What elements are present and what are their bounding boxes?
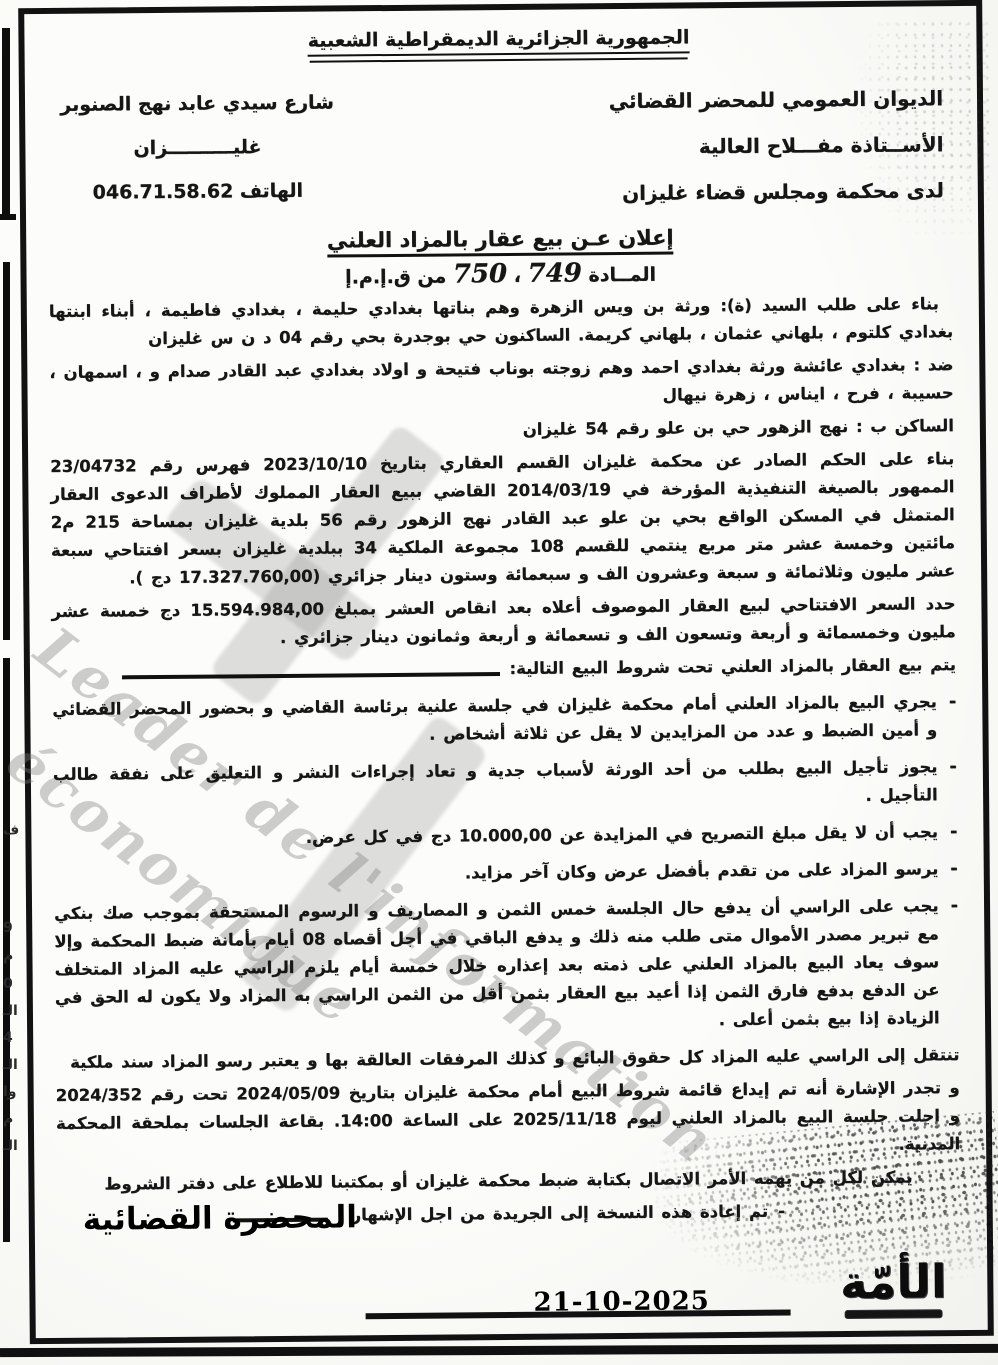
auction-condition-3: - يجب أن لا يقل مبلغ التصريح في المزايدة… bbox=[53, 818, 957, 854]
auction-condition-4: - يرسو المزاد على من تقدم بأفضل عرض وكان… bbox=[54, 855, 958, 891]
office-title: الديوان العمومي للمحضر القضائي bbox=[347, 75, 943, 126]
margin-fragment: وا bbox=[3, 1084, 17, 1100]
newspaper-logo: الأمّة bbox=[793, 1254, 994, 1319]
margin-fragment: 4 bbox=[3, 1030, 13, 1046]
margin-fragment: الـ bbox=[3, 1057, 18, 1073]
condition-dash: - bbox=[950, 818, 958, 846]
margin-fragment: الـ bbox=[3, 1003, 18, 1019]
opening-price-paragraph: حدد السعر الافتتاحي لبيع العقار الموصوف … bbox=[51, 590, 955, 654]
announcement-frame: Leader de l'information économique الجمه… bbox=[18, 0, 994, 1344]
sale-terms-intro-row: يتم بيع العقار بالمزاد العلني تحت شروط ا… bbox=[52, 651, 956, 687]
republic-heading-text: الجمهورية الجزائرية الديمقراطية الشعبية bbox=[308, 26, 690, 56]
condition-dash: - bbox=[949, 753, 957, 809]
condition-text: يجوز تأجيل البيع بطلب من أحد الورثة لأسب… bbox=[53, 753, 938, 817]
newspaper-logo-tagline-band bbox=[846, 1310, 942, 1318]
bailiff-name: الأســتاذة مفـــلاح العالية bbox=[347, 121, 943, 172]
margin-fragment: م bbox=[3, 948, 13, 964]
letterhead: الديوان العمومي للمحضر القضائي الأســتاذ… bbox=[47, 75, 952, 221]
deposit-and-session-paragraph: و تجدر الإشارة أنه تم إيداع قائمة شروط ا… bbox=[56, 1074, 961, 1166]
margin-fragment: 0 bbox=[3, 976, 13, 992]
transfer-of-rights-paragraph: تنتقل إلى الراسي عليه المزاد كل حقوق الب… bbox=[55, 1041, 959, 1077]
article-number-2: 750 bbox=[453, 259, 508, 289]
court-jurisdiction: لدى محكمة ومجلس قضاء غليزان bbox=[348, 167, 944, 218]
article-number-1: 749 bbox=[527, 258, 582, 288]
condition-text: يجب أن لا يقل مبلغ التصريح في المزايدة ع… bbox=[53, 818, 938, 854]
defendants-address-paragraph: الساكن ب : نهج الزهور حي بن علو رقم 54 غ… bbox=[50, 412, 954, 448]
auction-condition-2: - يجوز تأجيل البيع بطلب من أحد الورثة لأ… bbox=[53, 753, 957, 817]
notice-legal-articles: المــادة 749 ، 750 من ق.إ.م.إ bbox=[48, 255, 952, 293]
margin-fragment: م bbox=[3, 1111, 13, 1127]
office-city: غليــــــــــزان bbox=[47, 124, 347, 171]
scanned-newspaper-page: ف 9 م 0 الـ 4 الـ وا م الـ Leader de l'i… bbox=[0, 0, 998, 1365]
phone-number: 046.71.58.62 bbox=[93, 180, 234, 203]
condition-dash: - bbox=[950, 892, 959, 1032]
article-separator: ، bbox=[514, 265, 521, 287]
office-phone-line: الهاتف 046.71.58.62 bbox=[48, 168, 348, 215]
page-bottom-rule bbox=[0, 1344, 998, 1357]
auction-condition-1: - يجري البيع بالمزاد العلني أمام محكمة غ… bbox=[52, 688, 956, 752]
office-street: شارع سيدي عابد نهج الصنوبر bbox=[47, 80, 347, 127]
defendants-paragraph: ضد : بغدادي عائشة ورثة بغدادي احمد وهم ز… bbox=[49, 351, 953, 415]
condition-text: يجري البيع بالمزاد العلني أمام محكمة غلي… bbox=[52, 688, 937, 752]
auction-condition-5: - يجب على الراسي أن يدفع حال الجلسة خمس … bbox=[54, 892, 959, 1040]
margin-fragment: ف bbox=[3, 822, 19, 838]
divider-line bbox=[122, 672, 500, 679]
republication-note-text: تم إعادة هذه النسخة إلى الجريدة من اجل ا… bbox=[337, 1198, 768, 1230]
condition-dash: - bbox=[949, 688, 957, 744]
notice-title: إعلان عـن بيع عقار بالمزاد العلني bbox=[48, 223, 952, 255]
sale-terms-intro-text: يتم بيع العقار بالمزاد العلني تحت شروط ا… bbox=[509, 651, 956, 683]
margin-fragment: الـ bbox=[3, 1138, 18, 1154]
contact-information-paragraph: يمكن لكل من يهمه الأمر الاتصال بكتابة ضب… bbox=[56, 1163, 960, 1199]
announcement-content: الجمهورية الجزائرية الديمقراطية الشعبية … bbox=[24, 6, 988, 1338]
phone-label: الهاتف bbox=[240, 180, 303, 203]
notice-title-text: إعلان عـن بيع عقار بالمزاد العلني bbox=[327, 226, 674, 258]
republic-heading: الجمهورية الجزائرية الديمقراطية الشعبية bbox=[46, 24, 950, 59]
condition-text: يرسو المزاد على من تقدم بأفضل عرض وكان آ… bbox=[54, 855, 939, 891]
petitioners-paragraph: بناء على طلب السيد (ة): ورثة بن ويس الزه… bbox=[49, 290, 953, 354]
article-label: المــادة bbox=[588, 264, 656, 287]
office-address-block: شارع سيدي عابد نهج الصنوبر غليــــــــــ… bbox=[47, 80, 348, 221]
article-code-reference: من ق.إ.م.إ bbox=[345, 266, 446, 289]
judgment-paragraph: بناء على الحكم الصادر عن محكمة غليزان ال… bbox=[50, 445, 955, 593]
condition-dash: - bbox=[950, 855, 958, 883]
margin-fragment: 9 bbox=[3, 920, 13, 936]
bailiff-signature: المحضرة القضائية bbox=[83, 1199, 357, 1237]
publication-date: 21-10-2025 bbox=[533, 1286, 710, 1318]
bailiff-office-block: الديوان العمومي للمحضر القضائي الأســتاذ… bbox=[347, 75, 952, 218]
note-dash: - bbox=[778, 1198, 785, 1226]
newspaper-logo-text: الأمّة bbox=[793, 1254, 993, 1310]
condition-text: يجب على الراسي أن يدفع حال الجلسة خمس ال… bbox=[54, 892, 940, 1040]
